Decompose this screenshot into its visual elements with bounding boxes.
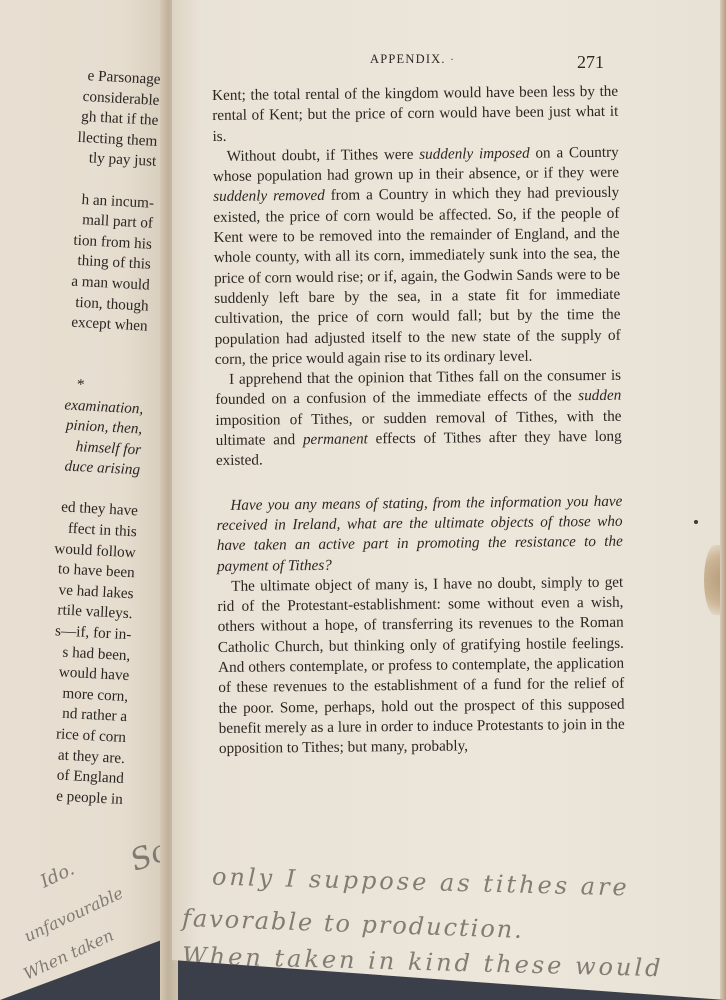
emphasis: suddenly removed (213, 187, 325, 205)
paragraph: I apprehend that the opinion that Tithes… (215, 366, 622, 472)
page-number: 271 (577, 52, 604, 73)
handwritten-note-3: When taken in kind these would (182, 942, 664, 983)
paragraph: Without doubt, if Tithes were suddenly i… (213, 143, 621, 371)
ink-speck (694, 520, 698, 524)
page-edge (720, 0, 726, 1000)
question-paragraph: Have you any means of stating, from the … (216, 491, 623, 576)
running-head: APPENDIX. (370, 52, 446, 67)
page-header: APPENDIX. · 271 (172, 48, 726, 78)
handwritten-note-1: only I suppose as tithes are (212, 863, 630, 902)
handwritten-note-left-2: Ido. (37, 859, 77, 893)
emphasis: permanent (303, 430, 368, 448)
header-dot: · (450, 52, 454, 67)
left-page: e Parsonageconsiderablegh that if thelle… (0, 0, 175, 1000)
right-page: APPENDIX. · 271 Kent; the total rental o… (172, 0, 726, 1000)
handwritten-note-2: favorable to production. (182, 904, 525, 944)
left-page-text: e Parsonageconsiderablegh that if thelle… (0, 61, 161, 810)
body-text: Kent; the total rental of the kingdom wo… (212, 82, 625, 760)
emphasis: sudden (578, 387, 621, 404)
emphasis: suddenly imposed (419, 145, 530, 163)
paragraph: Kent; the total rental of the kingdom wo… (212, 82, 619, 147)
paragraph: The ultimate object of many is, I have n… (217, 573, 625, 760)
